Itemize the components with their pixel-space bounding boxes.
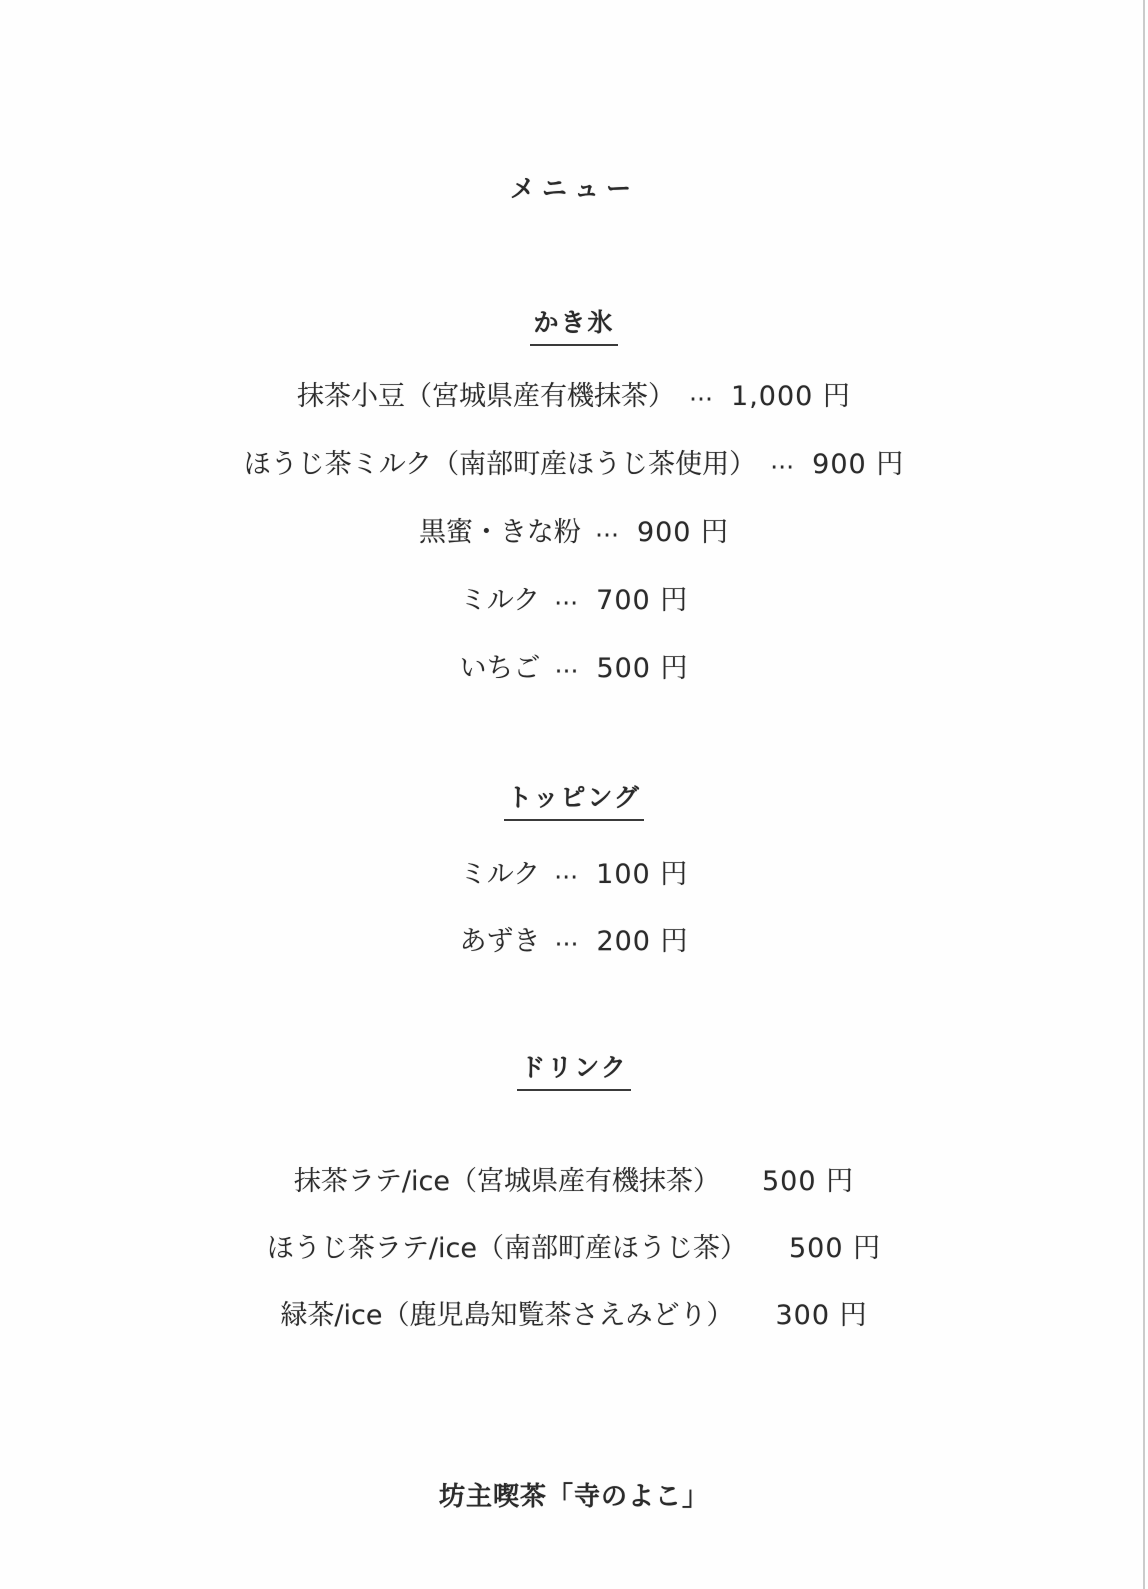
item-price: 200 円 (596, 926, 688, 957)
page-edge-line (1143, 0, 1145, 1589)
section-heading-text: トッピング (504, 780, 644, 821)
menu-item: ミルク…100 円 (0, 857, 1148, 893)
section-items: 抹茶小豆（宮城県産有機抹茶）…1,000 円 ほうじ茶ミルク（南部町産ほうじ茶使… (0, 379, 1148, 687)
item-name: 抹茶小豆（宮城県産有機抹茶） (297, 381, 675, 412)
section-items: 抹茶ラテ/ice（宮城県産有機抹茶）500 円 ほうじ茶ラテ/ice（南部町産ほ… (0, 1164, 1148, 1334)
item-name: いちご (459, 653, 540, 684)
item-dots-separator: … (554, 647, 579, 683)
menu-section: ドリンク 抹茶ラテ/ice（宮城県産有機抹茶）500 円 ほうじ茶ラテ/ice（… (0, 1050, 1148, 1334)
item-name: ミルク (460, 859, 540, 890)
menu-item: ミルク…700 円 (0, 583, 1148, 619)
section-heading: トッピング (0, 780, 1148, 821)
item-dots-separator: … (554, 579, 579, 615)
menu-item: あずき…200 円 (0, 924, 1148, 960)
section-heading: かき氷 (0, 305, 1148, 346)
item-name: ほうじ茶ミルク（南部町産ほうじ茶使用） (244, 449, 756, 480)
menu-section: トッピング ミルク…100 円 あずき…200 円 (0, 780, 1148, 960)
menu-page: メニュー かき氷 抹茶小豆（宮城県産有機抹茶）…1,000 円 ほうじ茶ミルク（… (0, 0, 1148, 1589)
item-price: 500 円 (762, 1166, 854, 1197)
item-name: あずき (459, 926, 540, 957)
item-dots-separator: … (770, 443, 795, 479)
section-heading-text: ドリンク (517, 1050, 631, 1091)
menu-section: かき氷 抹茶小豆（宮城県産有機抹茶）…1,000 円 ほうじ茶ミルク（南部町産ほ… (0, 305, 1148, 687)
item-price: 500 円 (596, 653, 688, 684)
item-name: 緑茶/ice（鹿児島知覧茶さえみどり） (280, 1300, 733, 1331)
footer-shop-name: 坊主喫茶「寺のよこ」 (0, 1479, 1148, 1515)
item-price: 900 円 (637, 517, 729, 548)
item-name: 抹茶ラテ/ice（宮城県産有機抹茶） (294, 1166, 720, 1197)
menu-item: 抹茶小豆（宮城県産有機抹茶）…1,000 円 (0, 379, 1148, 415)
item-price: 500 円 (789, 1233, 881, 1264)
item-dots-separator: … (554, 920, 579, 956)
item-price: 1,000 円 (731, 381, 851, 412)
item-name: ミルク (460, 585, 540, 616)
item-dots-separator: … (554, 853, 579, 889)
item-dots-separator: … (689, 375, 714, 411)
menu-item: いちご…500 円 (0, 651, 1148, 687)
section-heading-text: かき氷 (530, 305, 617, 346)
item-price: 900 円 (812, 449, 904, 480)
item-price: 700 円 (596, 585, 688, 616)
menu-item: 緑茶/ice（鹿児島知覧茶さえみどり）300 円 (0, 1298, 1148, 1334)
menu-item: 抹茶ラテ/ice（宮城県産有機抹茶）500 円 (0, 1164, 1148, 1200)
menu-item: ほうじ茶ミルク（南部町産ほうじ茶使用）…900 円 (0, 447, 1148, 483)
menu-item: ほうじ茶ラテ/ice（南部町産ほうじ茶）500 円 (0, 1231, 1148, 1267)
section-heading: ドリンク (0, 1050, 1148, 1091)
page-title: メニュー (0, 171, 1148, 207)
item-price: 100 円 (596, 859, 688, 890)
item-name: ほうじ茶ラテ/ice（南部町産ほうじ茶） (267, 1233, 747, 1264)
item-price: 300 円 (775, 1300, 867, 1331)
section-items: ミルク…100 円 あずき…200 円 (0, 857, 1148, 960)
menu-item: 黒蜜・きな粉…900 円 (0, 515, 1148, 551)
item-name: 黒蜜・きな粉 (419, 517, 581, 548)
item-dots-separator: … (595, 511, 620, 547)
